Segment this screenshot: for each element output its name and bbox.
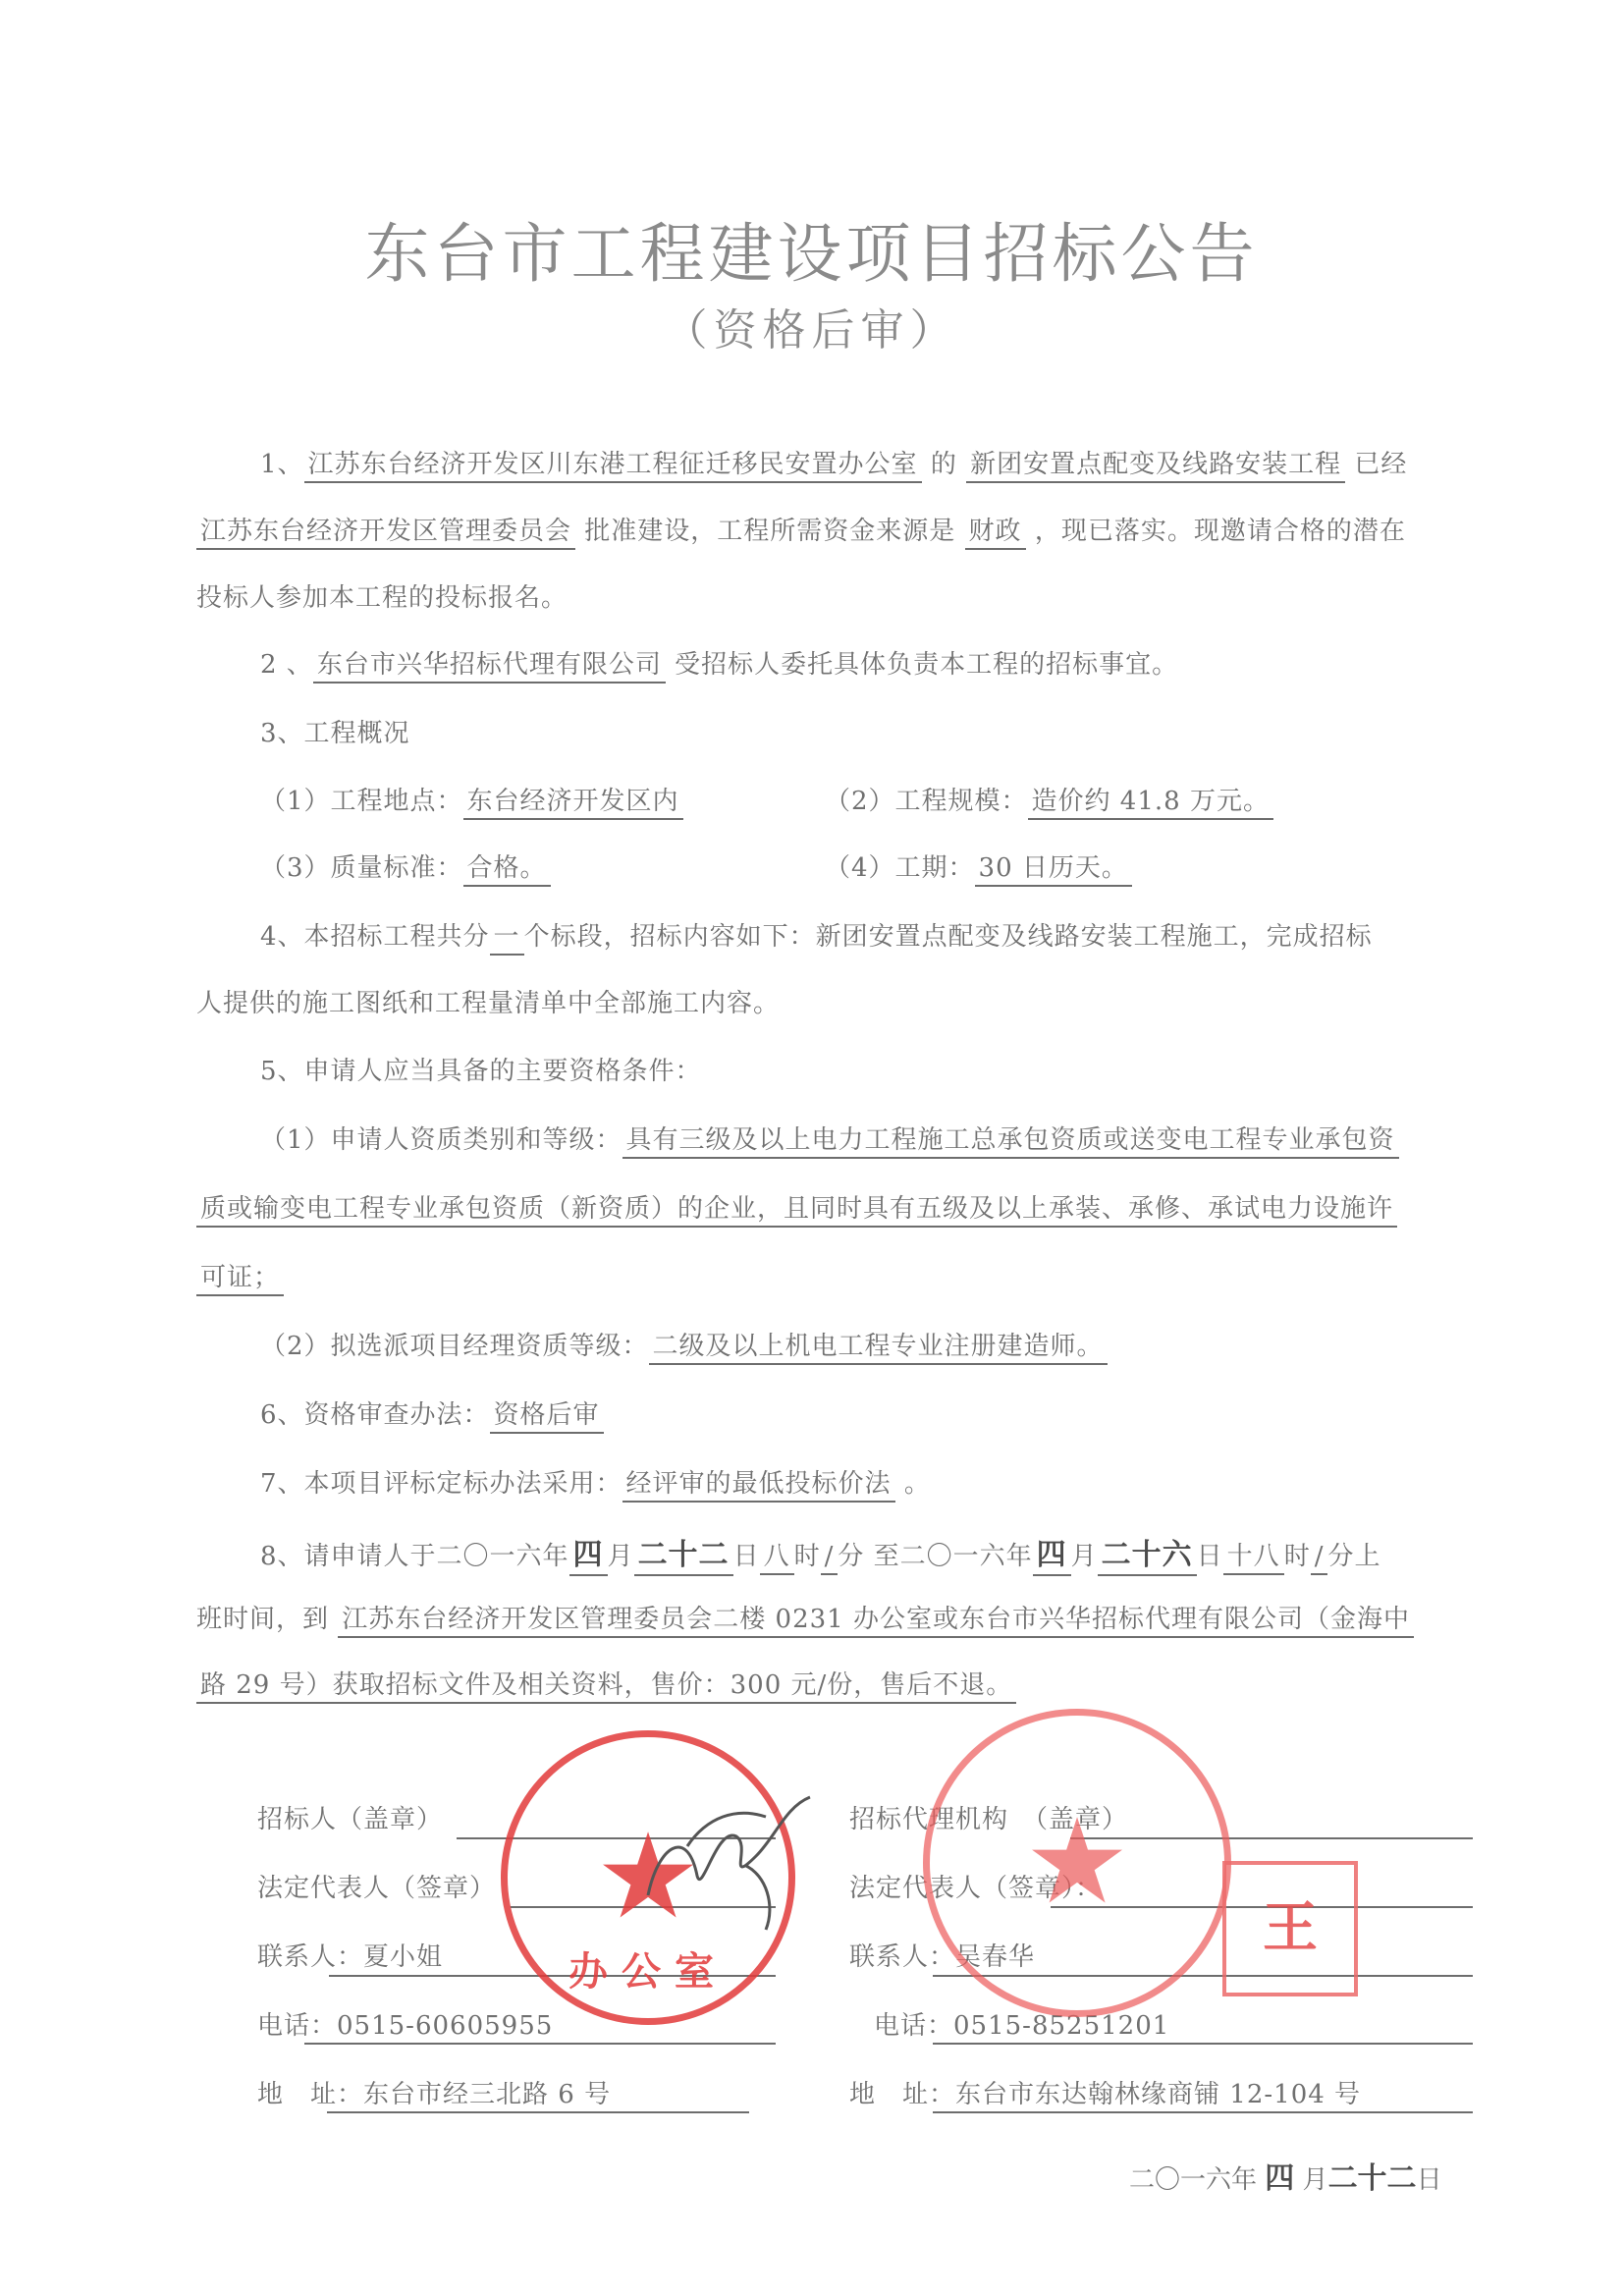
section-4-line-2: 人提供的施工图纸和工程量清单中全部施工内容。 (196, 983, 780, 1019)
tenderer-seal-label: 招标人（盖章） (257, 1799, 443, 1835)
agent-official-seal: ★ (923, 1709, 1231, 2017)
left-address-line (327, 2111, 749, 2113)
quality-standard: （3）质量标准：合格。 (260, 847, 551, 884)
section-4-line-1: 4、本招标工程共分一个标段，招标内容如下：新团安置点配变及线路安装工程施工，完成… (260, 916, 1373, 953)
document-title: 东台市工程建设项目招标公告 (0, 201, 1623, 295)
start-day: 二十二 (634, 1538, 733, 1576)
left-phone: 电话：0515-60605955 (257, 2005, 553, 2042)
left-contact: 联系人：夏小姐 (257, 1937, 443, 1973)
lot-count: 一 (490, 922, 524, 956)
section-5-heading: 5、申请人应当具备的主要资格条件： (260, 1051, 702, 1087)
end-month: 四 (1033, 1538, 1071, 1576)
agent-name: 东台市兴华招标代理有限公司 (313, 650, 666, 683)
project-scale: （2）工程规模：造价约 41.8 万元。 (825, 781, 1273, 817)
right-phone-line (933, 2043, 1473, 2045)
qualification-item-1-line-1: （1）申请人资质类别和等级：具有三级及以上电力工程施工总承包资质或送变电工程专业… (260, 1120, 1399, 1156)
project-location: （1）工程地点：东台经济开发区内 (260, 781, 683, 817)
section-6: 6、资格审查办法：资格后审 (260, 1394, 604, 1431)
section-1-line-1: 1、江苏东台经济开发区川东港工程征迁移民安置办公室 的 新团安置点配变及线路安装… (260, 444, 1407, 480)
tenderer-name: 江苏东台经济开发区川东港工程征迁移民安置办公室 (304, 450, 922, 483)
section-2: 2 、东台市兴华招标代理有限公司 受招标人委托具体负责本工程的招标事宜。 (260, 644, 1178, 681)
legal-rep-personal-seal: 王 (1222, 1861, 1358, 1996)
section-7: 7、本项目评标定标办法采用：经评审的最低投标价法 。 (260, 1463, 931, 1500)
qualification-item-1-line-2: 质或输变电工程专业承包资质（新资质）的企业，且同时具有五级及以上承装、承修、承试… (196, 1188, 1397, 1225)
right-phone: 电话：0515-85251201 (874, 2005, 1169, 2042)
start-month: 四 (569, 1538, 608, 1576)
qualification-item-1-line-3: 可证； (196, 1257, 284, 1293)
section-1-line-3: 投标人参加本工程的投标报名。 (196, 577, 568, 614)
funding-source: 财政 (965, 517, 1026, 550)
section-1-line-2: 江苏东台经济开发区管理委员会 批准建设，工程所需资金来源是 财政 ，现已落实。现… (196, 511, 1406, 547)
project-name: 新团安置点配变及线路安装工程 (966, 450, 1345, 483)
handwritten-signature-icon (628, 1787, 825, 1935)
tender-notice-page: 东台市工程建设项目招标公告 （资格后审） 1、江苏东台经济开发区川东港工程征迁移… (0, 0, 1623, 2296)
qualification-item-2: （2）拟选派项目经理资质等级：二级及以上机电工程专业注册建造师。 (260, 1326, 1108, 1362)
right-address: 地 址：东台市东达翰林缘商铺 12-104 号 (849, 2074, 1361, 2110)
document-subtitle: （资格后审） (0, 295, 1623, 357)
end-day: 二十六 (1098, 1538, 1197, 1576)
left-address: 地 址：东台市经三北路 6 号 (257, 2074, 611, 2110)
seal-star-icon: ★ (1024, 1804, 1130, 1922)
section-8-line-1: 8、请申请人于二〇一六年四月二十二日八时/分 至二〇一六年四月二十六日十八时/分… (260, 1530, 1380, 1573)
construction-period: （4）工期：30 日历天。 (825, 847, 1132, 884)
left-rep-label: 法定代表人（签章） (257, 1868, 496, 1904)
section-8-line-2: 班时间，到 江苏东台经济开发区管理委员会二楼 0231 办公室或东台市兴华招标代… (196, 1599, 1414, 1635)
right-address-line (933, 2111, 1473, 2113)
section-8-line-3: 路 29 号）获取招标文件及相关资料，售价：300 元/份，售后不退。 (196, 1665, 1016, 1701)
section-3-heading: 3、工程概况 (260, 713, 410, 749)
approver-name: 江苏东台经济开发区管理委员会 (196, 517, 575, 550)
left-phone-line (304, 2043, 776, 2045)
footer-date: 二〇一六年 四 月二十二日 (1129, 2154, 1442, 2197)
